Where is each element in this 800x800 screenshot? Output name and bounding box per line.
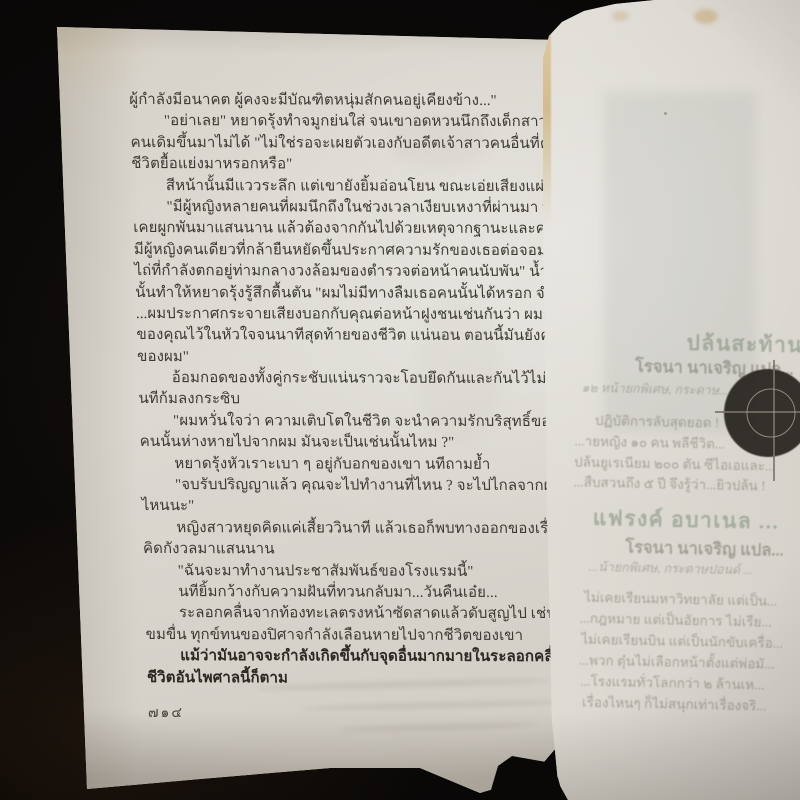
ghost-edition-note: ...น้ายกพิเศษ, กระดาษปอนด์ ... xyxy=(589,557,753,580)
ghost-text-line: เรื่องไหนๆ ก็ไม่สนุกเท่าเรื่องจริ... xyxy=(582,691,767,717)
text-line: ขมขื่น ทุกข์ทนของปิศาจกำลังเลือนหายไปจาก… xyxy=(145,625,524,647)
crosshair-target-icon xyxy=(695,338,800,493)
page-number: ๗๑๔ xyxy=(148,702,184,724)
text-line: ระลอกคลื่นจากท้องทะเลตรงหน้าซัดสาดแล้วดั… xyxy=(145,603,524,625)
text-line: หญิงสาวหยุดคิดแค่เสี้ยววินาที แล้วเธอก็พ… xyxy=(142,518,521,540)
text-line: หยาดรุ้งหัวเราะเบา ๆ อยู่กับอกของเขา นที… xyxy=(140,454,519,476)
text-line: "มีผู้หญิงหลายคนที่ผมนึกถึงในช่วงเวลาเงี… xyxy=(132,197,511,219)
show-through-streak xyxy=(418,295,503,445)
book-photo: ผู้กำลังมีอนาคต ผู้คงจะมีบัณฑิตหนุ่มสักค… xyxy=(0,0,800,800)
text-line: เคยผูกพันมาแสนนาน แล้วต้องจากกันไปด้วยเห… xyxy=(133,218,512,240)
text-line: "จบรับปริญญาแล้ว คุณจะไปทำงานที่ไหน ? จะ… xyxy=(141,475,520,497)
text-line: สีหน้านั้นมีแววระลึก แต่เขายังยิ้มอ่อนโย… xyxy=(132,176,511,198)
text-line-bold: แม้ว่ามันอาจจะกำลังเกิดขึ้นกับจุดอื่นมาก… xyxy=(146,646,525,668)
ghost-book-title: แฟรงค์ อบาเนล ... xyxy=(592,502,779,539)
text-line: นทียิ้มกว้างกับความฝันที่ทวนกลับมา...วัน… xyxy=(144,582,523,604)
text-line: ไหนนะ" xyxy=(141,496,520,518)
text-line: คิดกังวลมาแสนนาน xyxy=(143,539,522,561)
text-line: ผู้กำลังมีอนาคต ผู้คงจะมีบัณฑิตหนุ่มสักค… xyxy=(129,90,508,112)
text-line: "ฉันจะมาทำงานประชาสัมพันธ์ของโรงแรมนี้" xyxy=(143,561,522,583)
show-through-streak xyxy=(388,116,488,168)
text-line: มีผู้หญิงคนเดียวที่กล้ายืนหยัดขึ้นประกาศ… xyxy=(134,240,513,262)
text-line: ไถ่ที่กำลังตกอยู่ท่ามกลางวงล้อมของตำรวจต… xyxy=(134,261,513,283)
